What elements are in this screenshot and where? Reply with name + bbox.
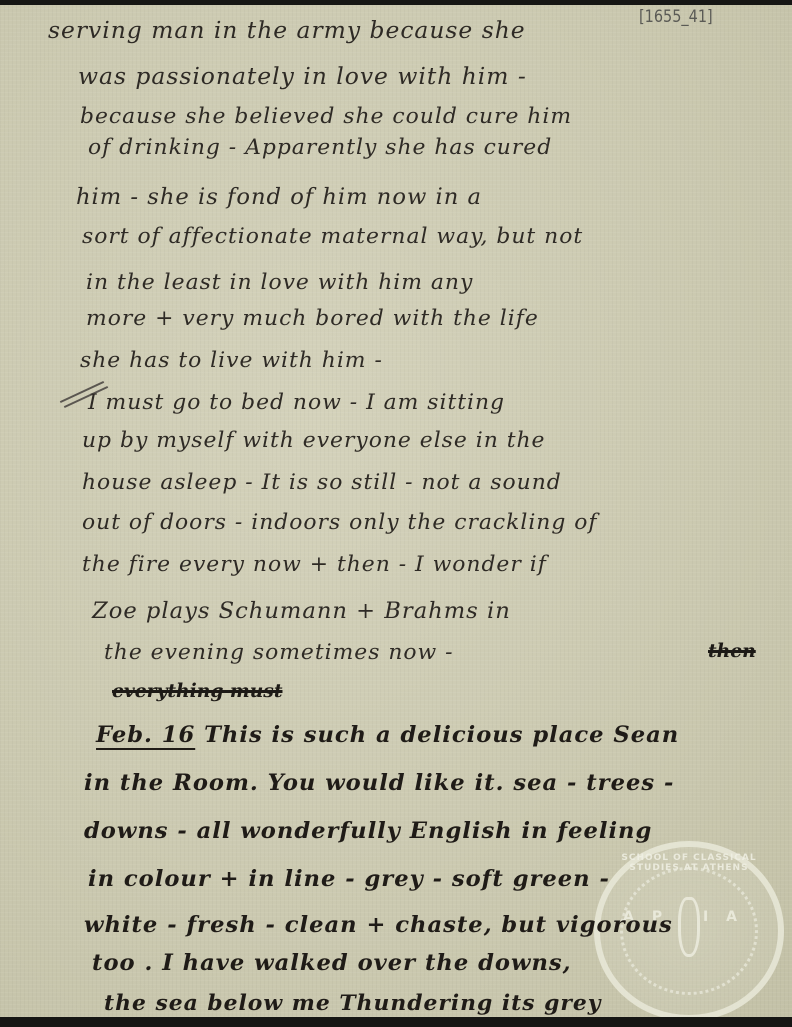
handwritten-line: more + very much bored with the life (86, 306, 539, 331)
letter-page: [1655_41] SCHOOL OF CLASSICAL STUDIES AT… (0, 5, 792, 1017)
handwritten-line: downs - all wonderfully English in feeli… (84, 818, 652, 844)
handwritten-line: out of doors - indoors only the cracklin… (82, 510, 598, 535)
struck-out-text: then (708, 640, 756, 662)
handwritten-line: the fire every now + then - I wonder if (82, 552, 547, 577)
struck-out-text: everything must (112, 680, 282, 702)
handwritten-line: sort of affectionate maternal way, but n… (82, 224, 583, 249)
handwritten-line: house asleep - It is so still - not a so… (82, 470, 562, 495)
handwritten-line: too . I have walked over the downs, (92, 950, 572, 976)
handwritten-line: the evening sometimes now - (104, 640, 454, 665)
handwritten-line: the sea below me Thundering its grey (104, 990, 601, 1016)
handwritten-line: I must go to bed now - I am sitting (88, 390, 505, 415)
handwritten-line: serving man in the army because she (48, 16, 526, 44)
handwritten-line: was passionately in love with him - (78, 62, 527, 90)
seal-vase-icon (678, 897, 700, 957)
handwritten-line: in colour + in line - grey - soft green … (88, 866, 610, 892)
handwritten-line: because she believed she could cure him (80, 104, 572, 129)
entry-date: Feb. 16 (96, 722, 195, 748)
scan-bottom-border (0, 1017, 792, 1027)
archive-reference-label: [1655_41] (639, 7, 713, 27)
handwritten-line: in the least in love with him any (86, 270, 473, 295)
handwritten-line: Feb. 16 This is such a delicious place S… (96, 722, 679, 748)
handwritten-line: Zoe plays Schumann + Brahms in (92, 598, 511, 624)
handwritten-line: she has to live with him - (80, 348, 383, 373)
handwritten-line: of drinking - Apparently she has cured (88, 135, 552, 160)
handwritten-line: him - she is fond of him now in a (76, 184, 482, 210)
handwritten-line: in the Room. You would like it. sea - tr… (84, 770, 674, 796)
handwritten-line: up by myself with everyone else in the (82, 428, 545, 453)
handwritten-line: white - fresh - clean + chaste, but vigo… (84, 912, 673, 938)
